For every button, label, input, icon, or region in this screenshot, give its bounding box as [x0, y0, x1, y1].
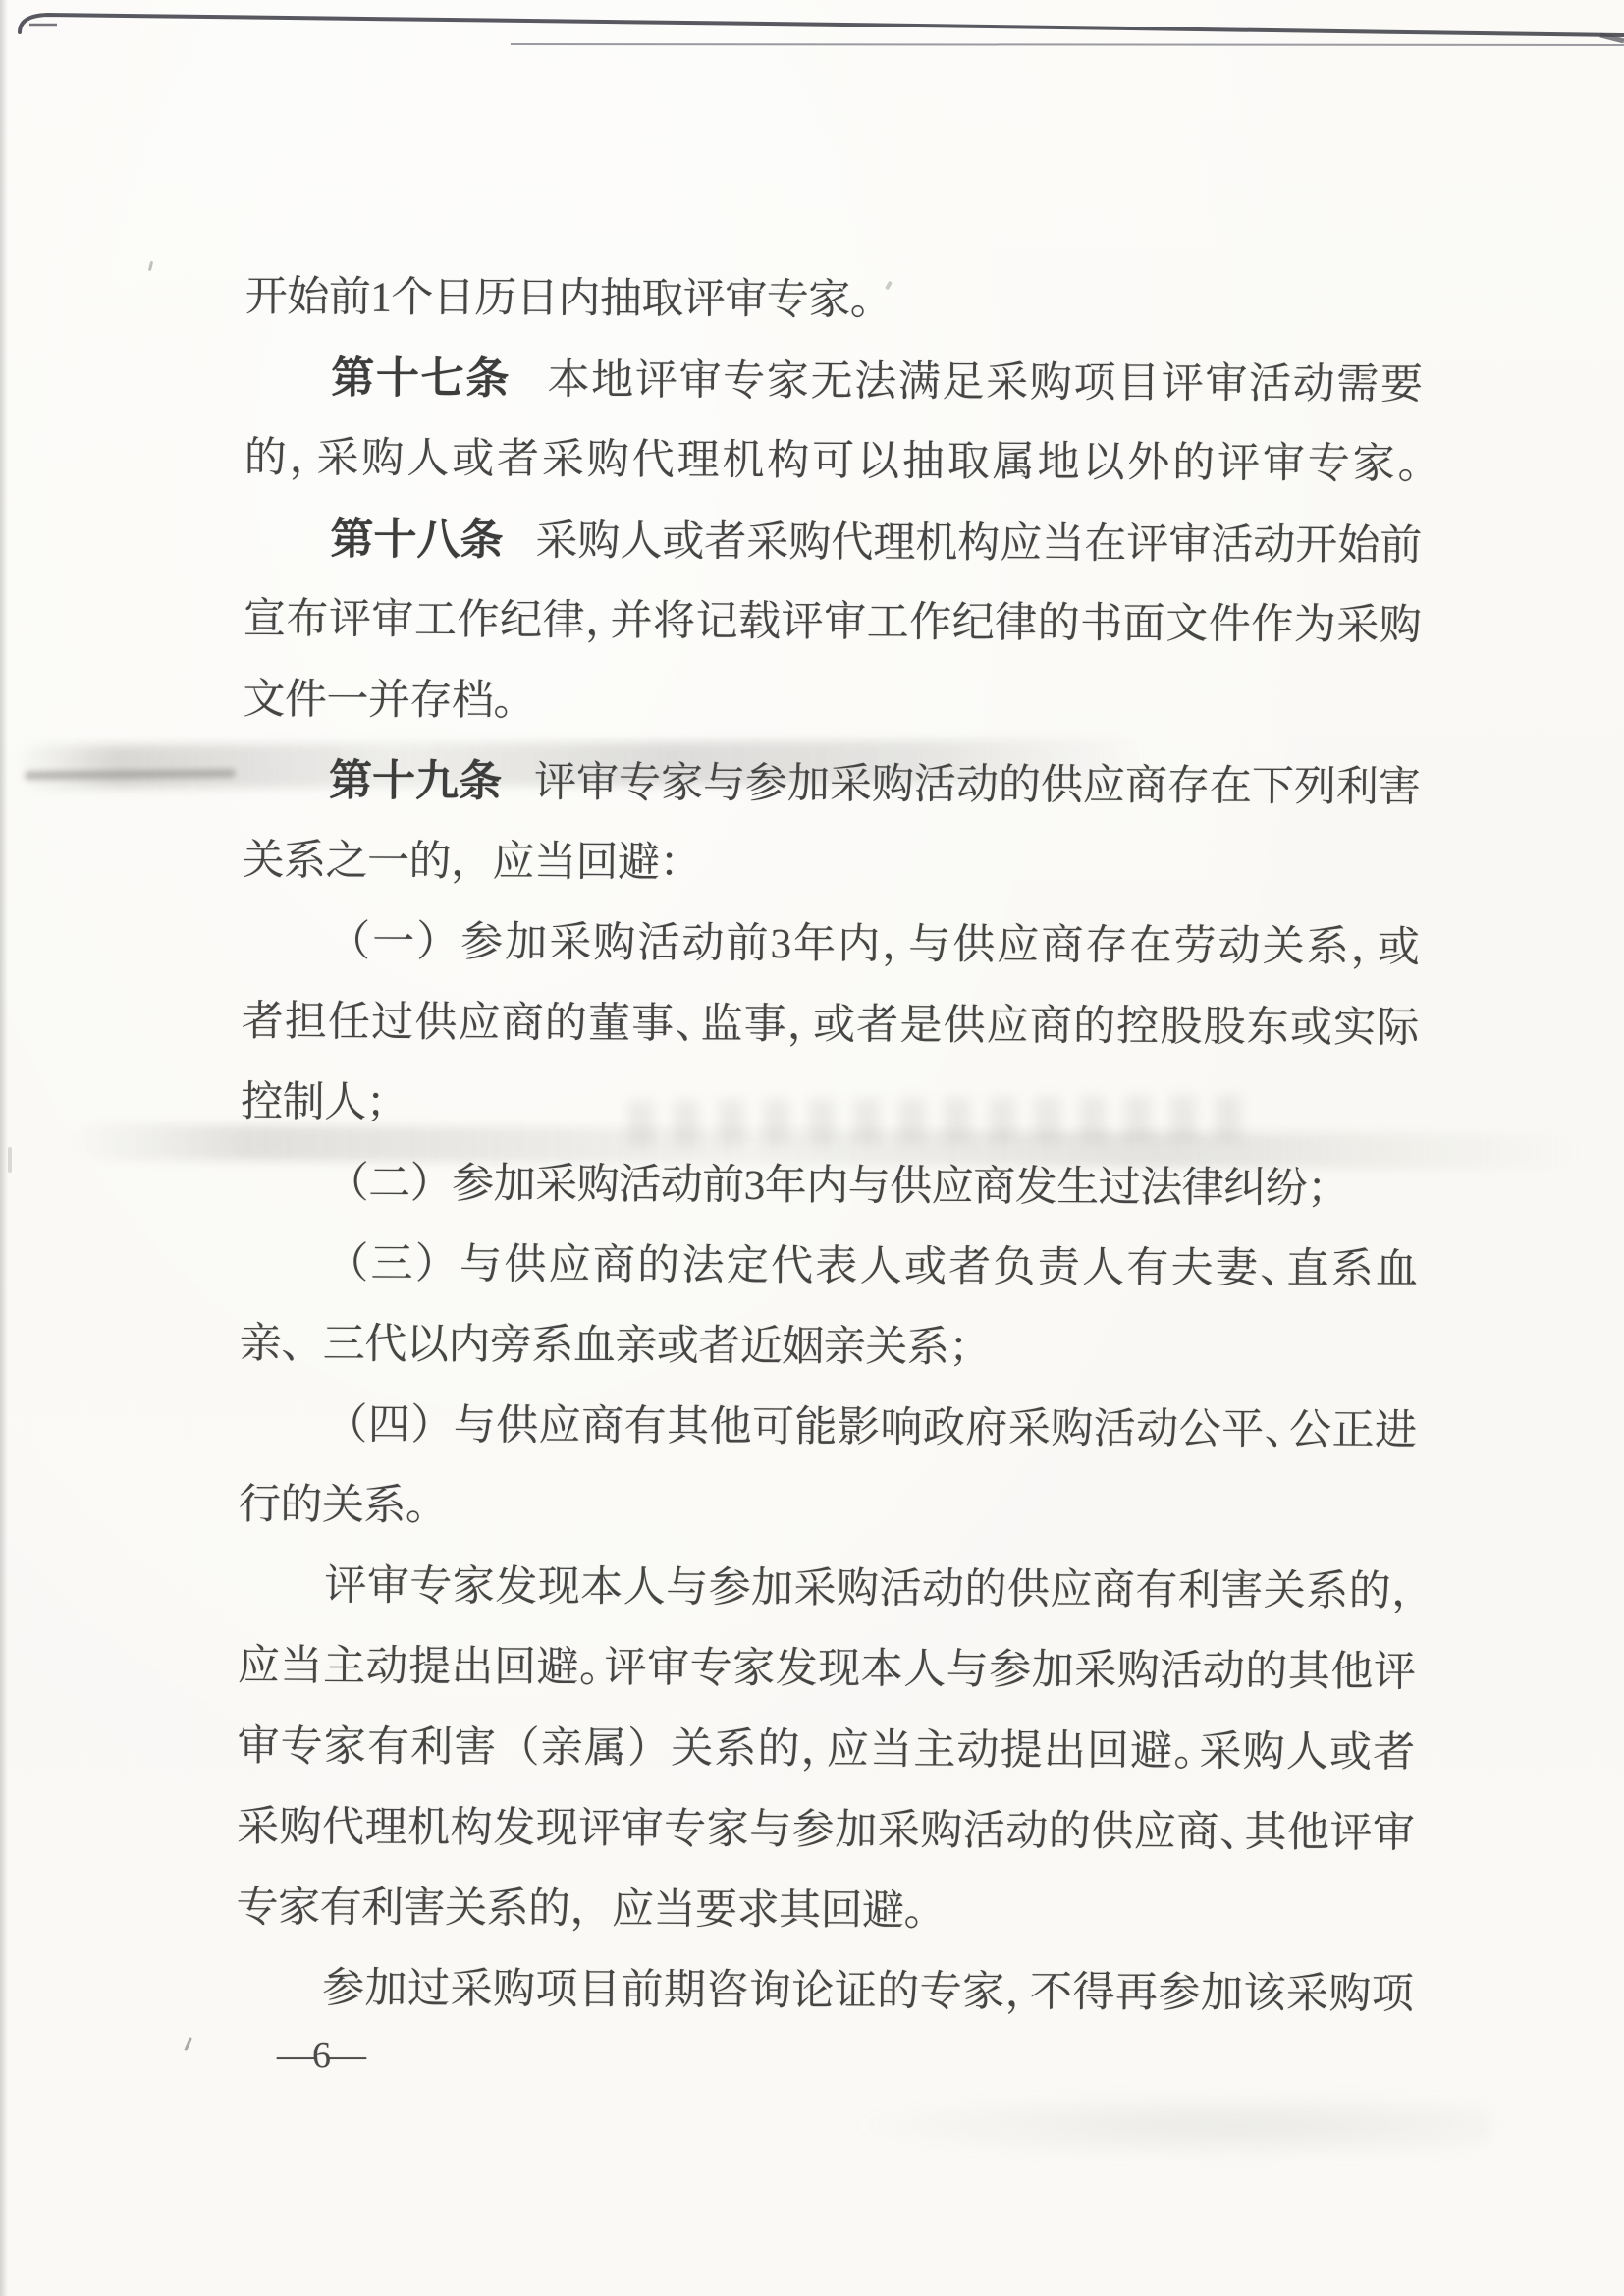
- text-line: 文件一并存档。: [243, 660, 1421, 747]
- scan-smudge-streak: [25, 769, 236, 780]
- text-line: 专家有利害关系的，应当要求其回避。: [236, 1868, 1414, 1955]
- text-line: 评审专家发现本人与参加采购活动的供应商有利害关系的，: [238, 1546, 1416, 1633]
- scan-speck: [148, 261, 153, 271]
- scan-left-edge-shadow: [0, 0, 8, 2296]
- text-line: 行的关系。: [239, 1465, 1417, 1553]
- text-line: 开始前1个日历日内抽取评审专家。: [245, 257, 1424, 345]
- scan-top-edge-artifact: [0, 0, 1624, 88]
- scan-smudge-bottom: [844, 2092, 1492, 2160]
- text-line: 的，采购人或者采购代理机构可以抽取属地以外的评审专家。: [244, 418, 1423, 506]
- document-text-block: 开始前1个日历日内抽取评审专家。第十七条本地评审专家无法满足采购项目评审活动需要…: [236, 257, 1424, 2036]
- text-line: 采购代理机构发现评审专家与参加采购活动的供应商、其他评审: [237, 1787, 1415, 1875]
- text-line: （二）参加采购活动前3年内与供应商发生过法律纠纷；: [241, 1143, 1419, 1230]
- text-line: （一）参加采购活动前3年内，与供应商存在劳动关系，或: [242, 902, 1420, 989]
- text-line: （四）与供应商有其他可能影响政府采购活动公平、公正进: [239, 1385, 1417, 1472]
- scanned-document-page: 开始前1个日历日内抽取评审专家。第十七条本地评审专家无法满足采购项目评审活动需要…: [0, 0, 1624, 2296]
- page-number: —6—: [277, 2031, 364, 2080]
- text-line: 者担任过供应商的董事、监事，或者是供应商的控股股东或实际: [241, 982, 1419, 1069]
- text-line: 宣布评审工作纪律，并将记载评审工作纪律的书面文件作为采购: [244, 579, 1422, 667]
- text-line: 第十九条评审专家与参加采购活动的供应商存在下列利害: [243, 740, 1421, 828]
- text-line: 参加过采购项目前期咨询论证的专家，不得再参加该采购项: [236, 1948, 1414, 2036]
- text-line: 审专家有利害（亲属）关系的，应当主动提出回避。采购人或者: [237, 1707, 1415, 1794]
- text-line: 应当主动提出回避。评审专家发现本人与参加采购活动的其他评: [238, 1626, 1416, 1714]
- scan-speck: [184, 2037, 192, 2051]
- text-line: 亲、三代以内旁系血亲或者近姻亲关系；: [240, 1304, 1418, 1392]
- text-line: （三）与供应商的法定代表人或者负责人有夫妻、直系血: [240, 1224, 1418, 1311]
- scan-speck: [8, 1147, 12, 1173]
- text-line: 控制人；: [241, 1063, 1419, 1150]
- text-line: 第十八条采购人或者采购代理机构应当在评审活动开始前: [244, 499, 1422, 586]
- text-line: 第十七条本地评审专家无法满足采购项目评审活动需要: [244, 338, 1423, 425]
- text-line: 关系之一的，应当回避：: [242, 821, 1420, 908]
